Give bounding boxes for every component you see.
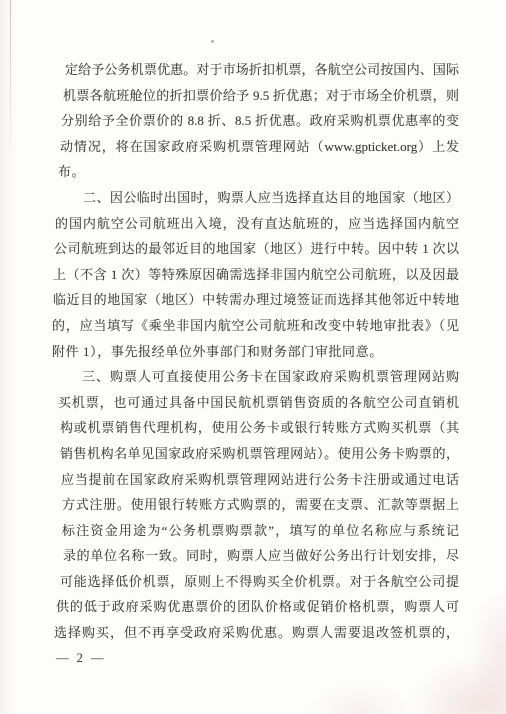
text-line: 公司航班到达的最邻近目的地国家（地区）进行中转。因中转 1 次以: [54, 236, 459, 262]
text-line: 可能选择低价机票，原则上不得购买全价机票。对于各航空公司提: [60, 569, 459, 595]
text-line: 附件 1），事先报经单位外事部门和财务部门审批同意。: [52, 339, 459, 365]
page-number: — 2 —: [56, 651, 106, 666]
text-line: 标注资金用途为“公务机票购票款”，填写的单位名称应与系统记: [62, 518, 459, 544]
text-line: 的，应当填写《乘坐非国内航空公司航班和改变中转地审批表》（见: [52, 313, 459, 339]
scan-speck-artifact: [211, 40, 214, 43]
text-line: 方式注册。使用银行转账方式购票的，需要在支票、汇款等票据上: [62, 492, 459, 518]
text-line: 临近目的地国家（地区）中转需办理过境签证而选择其他邻近中转地: [53, 287, 459, 313]
text-line: 应当提前在国家政府采购机票管理网站进行公务卡注册或通过电话: [61, 467, 459, 493]
text-line: 机票各航班舱位的折扣票价给予 9.5 折优惠；对于市场全价机票，则: [63, 83, 459, 109]
text-line: 选择购买，但不再享受政府采购优惠。购票人需要退改签机票的，: [54, 620, 459, 646]
text-line: 三、购票人可直接使用公务卡在国家政府采购机票管理网站购: [56, 364, 459, 390]
scanned-document-page: 定给予公务机票优惠。对于市场折扣机票，各航空公司按国内、国际 机票各航班舱位的折…: [0, 0, 506, 714]
text-line: 动情况，将在国家政府采购机票管理网站（www.gpticket.org）上发: [60, 134, 459, 160]
text-line: 供的低于政府采购优惠票价的团队价格或促销价格机票，购票人可: [56, 594, 459, 620]
text-line: 的国内航空公司航班出入境，没有直达航班的，应当选择国内航空: [55, 211, 459, 237]
text-line: 定给予公务机票优惠。对于市场折扣机票，各航空公司按国内、国际: [65, 57, 459, 83]
text-line: 录的单位名称一致。同时，购票人应当做好公务出行计划安排，尽: [63, 543, 459, 569]
text-line: 销售机构名单见国家政府采购机票管理网站）。使用公务卡购票的，: [60, 441, 459, 467]
text-line: 构或机票销售代理机构，使用公务卡或银行转账方式购买机票（其: [60, 415, 459, 441]
text-line: 二、因公临时出国时，购票人应当选择直达目的地国家（地区）: [57, 185, 459, 211]
document-body: 定给予公务机票优惠。对于市场折扣机票，各航空公司按国内、国际 机票各航班舱位的折…: [0, 57, 506, 646]
text-line: 布。: [58, 159, 457, 185]
text-line: 上（不含 1 次）等特殊原因确需选择非国内航空公司航班，以及因最: [53, 262, 459, 288]
text-line: 买机票，也可通过具备中国民航机票销售资质的各航空公司直销机: [58, 390, 459, 416]
text-line: 分别给予全价票价的 8.8 折、8.5 折优惠。政府采购机票优惠率的变: [61, 108, 459, 134]
